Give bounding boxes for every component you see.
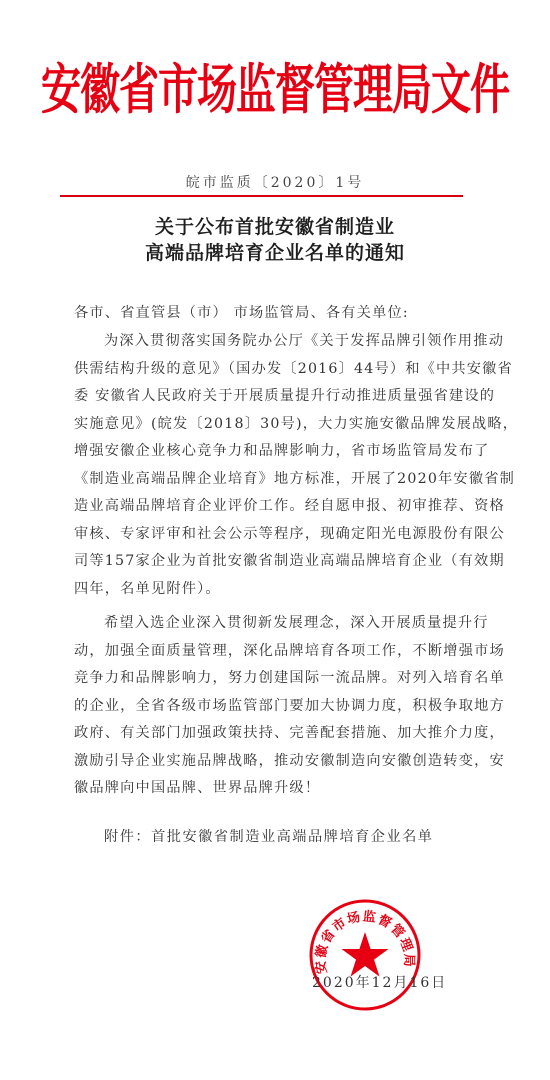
issue-date: 2020年12月16日 [312,972,447,992]
paragraph-line: 的企业，全省各级市场监管部门要加大协调力度，积极争取地方 [74,693,484,721]
paragraph-line: 为深入贯彻落实国务院办公厅《关于发挥品牌引领作用推动 [74,328,484,356]
red-separator-line [60,195,463,197]
notice-title-line-2: 高端品牌培育企业名单的通知 [0,240,550,266]
notice-title: 关于公布首批安徽省制造业 高端品牌培育企业名单的通知 [0,214,550,266]
notice-title-line-1: 关于公布首批安徽省制造业 [0,214,550,240]
paragraph-line: 委 安徽省人民政府关于开展质量提升行动推进质量强省建设的 [74,383,484,411]
document-header-title: 安徽省市场监督管理局文件 [0,62,550,119]
paragraph-line: 《制造业高端品牌企业培育》地方标准，开展了2020年安徽省制 [74,466,484,494]
paragraph-line: 供需结构升级的意见》（国办发〔2016〕44号）和《中共安徽省 [74,356,484,384]
paragraph-line: 审核、专家评审和社会公示等程序，现确定阳光电源股份有限公 [74,521,484,549]
paragraph-line: 四年，名单见附件）。 [74,576,484,604]
paragraph-line: 造业高端品牌培育企业评价工作。经自愿申报、初审推荐、资格 [74,493,484,521]
paragraph-line: 动，加强全面质量管理，深化品牌培育各项工作，不断增强市场 [74,638,484,666]
paragraph-line: 增强安徽企业核心竞争力和品牌影响力，省市场监管局发布了 [74,438,484,466]
paragraph-line: 激励引导企业实施品牌战略，推动安徽制造向安徽创造转变，安 [74,748,484,776]
salutation: 各市、省直管县（市） 市场监管局、各有关单位: [74,300,484,328]
document-number: 皖市监质〔2020〕1号 [0,172,550,192]
paragraph-line: 司等157家企业为首批安徽省制造业高端品牌培育企业（有效期 [74,548,484,576]
paragraph-2: 希望入选企业深入贯彻新发展理念，深入开展质量提升行 动，加强全面质量管理，深化品… [74,610,484,803]
official-seal-stamp-icon: 安徽省市场监督管理局 [308,898,422,1012]
paragraph-line: 徽品牌向中国品牌、世界品牌升级！ [74,775,484,803]
paragraph-line: 政府、有关部门加强政策扶持、完善配套措施、加大推介力度， [74,720,484,748]
document-page: 安徽省市场监督管理局文件 皖市监质〔2020〕1号 关于公布首批安徽省制造业 高… [0,0,550,1080]
attachment-note: 附件：首批安徽省制造业高端品牌培育企业名单 [104,826,433,846]
paragraph-line: 希望入选企业深入贯彻新发展理念，深入开展质量提升行 [74,610,484,638]
paragraph-1: 为深入贯彻落实国务院办公厅《关于发挥品牌引领作用推动 供需结构升级的意见》（国办… [74,328,484,603]
paragraph-line: 竞争力和品牌影响力，努力创建国际一流品牌。对列入培育名单 [74,665,484,693]
paragraph-line: 实施意见》(皖发〔2018〕30号)，大力实施安徽品牌发展战略， [74,411,484,439]
